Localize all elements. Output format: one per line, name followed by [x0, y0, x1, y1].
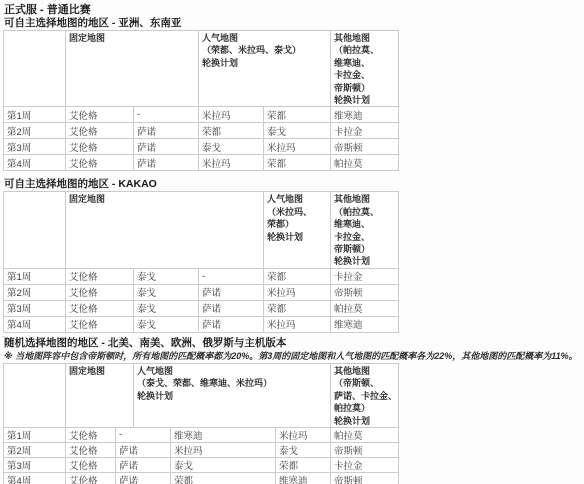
map-cell: 萨诺 — [134, 155, 199, 171]
map-cell: 荣都 — [264, 107, 331, 123]
week-label: 第3周 — [4, 300, 66, 316]
header-other-maps: 其他地图 （帕拉莫、 维寒迪、 卡拉金、 帝斯顿） 轮换计划 — [331, 31, 399, 107]
header-fixed-maps: 固定地图 — [66, 192, 264, 268]
map-cell: - — [116, 427, 171, 442]
map-cell: 米拉玛 — [264, 139, 331, 155]
map-cell: 泰戈 — [264, 123, 331, 139]
map-cell: 卡拉金 — [331, 123, 399, 139]
map-cell: 荣都 — [171, 472, 276, 484]
map-cell: 维寒迪 — [171, 427, 276, 442]
map-cell: 萨诺 — [199, 300, 264, 316]
table-row: 第4周 艾伦格 萨诺 米拉玛 荣都 帕拉莫 — [4, 155, 399, 171]
map-cell: 维寒迪 — [331, 316, 399, 332]
map-cell: 卡拉金 — [331, 457, 399, 472]
header-fixed-maps: 固定地图 — [66, 363, 134, 427]
map-cell: 荣都 — [264, 268, 331, 284]
map-cell: 泰戈 — [134, 300, 199, 316]
map-cell: 帝斯顿 — [331, 139, 399, 155]
header-fixed-maps: 固定地图 — [66, 31, 199, 107]
week-label: 第1周 — [4, 427, 66, 442]
map-cell: 米拉玛 — [171, 442, 276, 457]
map-cell: 泰戈 — [134, 316, 199, 332]
map-cell: 荣都 — [264, 300, 331, 316]
map-cell: 帕拉莫 — [331, 300, 399, 316]
table-row: 第2周 艾伦格 萨诺 荣都 泰戈 卡拉金 — [4, 123, 399, 139]
map-cell: 帕拉莫 — [331, 427, 399, 442]
map-cell: 艾伦格 — [66, 316, 134, 332]
map-cell: 泰戈 — [171, 457, 276, 472]
section-heading-asia: 可自主选择地图的地区 - 亚洲、东南亚 — [0, 17, 584, 30]
section-note: ※ 当地图阵容中包含帝斯顿时，所有地图的匹配概率都为20%。第3周的固定地图和人… — [0, 350, 584, 363]
week-label: 第2周 — [4, 284, 66, 300]
week-label: 第1周 — [4, 107, 66, 123]
map-cell: 米拉玛 — [199, 107, 264, 123]
map-cell: 萨诺 — [199, 316, 264, 332]
table-header-row: 固定地图 人气地图 （荣都、米拉玛、泰戈） 轮换计划 其他地图 （帕拉莫、 维寒… — [4, 31, 399, 107]
week-label: 第2周 — [4, 123, 66, 139]
map-cell: 维寒迪 — [276, 472, 331, 484]
header-popular-maps: 人气地图 （荣都、米拉玛、泰戈） 轮换计划 — [199, 31, 331, 107]
map-cell: 泰戈 — [134, 268, 199, 284]
map-cell: 萨诺 — [134, 139, 199, 155]
map-cell: 萨诺 — [134, 123, 199, 139]
table-row: 第3周 艾伦格 萨诺 泰戈 米拉玛 帝斯顿 — [4, 139, 399, 155]
map-cell: - — [199, 268, 264, 284]
map-cell: 米拉玛 — [199, 155, 264, 171]
map-cell: 艾伦格 — [66, 442, 116, 457]
map-cell: 艾伦格 — [66, 123, 134, 139]
table-header-row: 固定地图 人气地图 （米拉玛、 荣都） 轮换计划 其他地图 （帕拉莫、 维寒迪、… — [4, 192, 399, 268]
map-cell: 艾伦格 — [66, 472, 116, 484]
table-row: 第3周 艾伦格 萨诺 泰戈 荣都 卡拉金 — [4, 457, 399, 472]
map-cell: 艾伦格 — [66, 268, 134, 284]
map-cell: 米拉玛 — [276, 427, 331, 442]
table-row: 第1周 艾伦格 - 米拉玛 荣都 维寒迪 — [4, 107, 399, 123]
map-cell: 萨诺 — [116, 442, 171, 457]
table-row: 第2周 艾伦格 泰戈 萨诺 米拉玛 帝斯顿 — [4, 284, 399, 300]
map-cell: 荣都 — [264, 155, 331, 171]
rotation-table-random: 固定地图 人气地图 （泰戈、荣都、维寒迪、米拉玛） 轮换计划 其他地图 （帝斯顿… — [3, 363, 399, 484]
map-cell: 萨诺 — [116, 457, 171, 472]
map-cell: 帝斯顿 — [331, 442, 399, 457]
header-week-cell — [4, 363, 66, 427]
header-other-maps: 其他地图 （帝斯顿、 萨诺、卡拉金、 帕拉莫） 轮换计划 — [331, 363, 399, 427]
map-cell: 帝斯顿 — [331, 284, 399, 300]
rotation-table-kakao: 固定地图 人气地图 （米拉玛、 荣都） 轮换计划 其他地图 （帕拉莫、 维寒迪、… — [3, 191, 399, 332]
map-cell: 艾伦格 — [66, 284, 134, 300]
map-cell: 米拉玛 — [264, 316, 331, 332]
map-cell: 维寒迪 — [331, 107, 399, 123]
table-row: 第1周 艾伦格 - 维寒迪 米拉玛 帕拉莫 — [4, 427, 399, 442]
map-cell: 泰戈 — [134, 284, 199, 300]
section-heading-random: 随机选择地图的地区 - 北美、南美、欧洲、俄罗斯与主机版本 — [0, 337, 584, 350]
map-cell: 萨诺 — [116, 472, 171, 484]
map-cell: 荣都 — [276, 457, 331, 472]
week-label: 第4周 — [4, 155, 66, 171]
header-popular-maps: 人气地图 （米拉玛、 荣都） 轮换计划 — [264, 192, 331, 268]
map-cell: 泰戈 — [276, 442, 331, 457]
header-week-cell — [4, 192, 66, 268]
map-cell: 泰戈 — [199, 139, 264, 155]
map-cell: - — [134, 107, 199, 123]
section-heading-kakao: 可自主选择地图的地区 - KAKAO — [0, 178, 584, 191]
header-week-cell — [4, 31, 66, 107]
map-cell: 米拉玛 — [264, 284, 331, 300]
header-popular-maps: 人气地图 （泰戈、荣都、维寒迪、米拉玛） 轮换计划 — [134, 363, 331, 427]
week-label: 第3周 — [4, 139, 66, 155]
table-row: 第3周 艾伦格 泰戈 萨诺 荣都 帕拉莫 — [4, 300, 399, 316]
map-cell: 艾伦格 — [66, 300, 134, 316]
map-cell: 帝斯顿 — [331, 472, 399, 484]
map-cell: 艾伦格 — [66, 457, 116, 472]
map-cell: 萨诺 — [199, 284, 264, 300]
map-cell: 艾伦格 — [66, 155, 134, 171]
week-label: 第2周 — [4, 442, 66, 457]
rotation-table-asia: 固定地图 人气地图 （荣都、米拉玛、泰戈） 轮换计划 其他地图 （帕拉莫、 维寒… — [3, 30, 399, 171]
table-header-row: 固定地图 人气地图 （泰戈、荣都、维寒迪、米拉玛） 轮换计划 其他地图 （帝斯顿… — [4, 363, 399, 427]
map-cell: 荣都 — [199, 123, 264, 139]
table-row: 第2周 艾伦格 萨诺 米拉玛 泰戈 帝斯顿 — [4, 442, 399, 457]
week-label: 第1周 — [4, 268, 66, 284]
map-cell: 艾伦格 — [66, 107, 134, 123]
week-label: 第4周 — [4, 316, 66, 332]
header-other-maps: 其他地图 （帕拉莫、 维寒迪、 卡拉金、 帝斯顿） 轮换计划 — [331, 192, 399, 268]
map-cell: 艾伦格 — [66, 427, 116, 442]
table-row: 第1周 艾伦格 泰戈 - 荣都 卡拉金 — [4, 268, 399, 284]
map-cell: 帕拉莫 — [331, 155, 399, 171]
week-label: 第3周 — [4, 457, 66, 472]
table-row: 第4周 艾伦格 萨诺 荣都 维寒迪 帝斯顿 — [4, 472, 399, 484]
map-cell: 艾伦格 — [66, 139, 134, 155]
week-label: 第4周 — [4, 472, 66, 484]
page-title: 正式服 - 普通比赛 — [0, 0, 584, 17]
table-row: 第4周 艾伦格 泰戈 萨诺 米拉玛 维寒迪 — [4, 316, 399, 332]
map-cell: 卡拉金 — [331, 268, 399, 284]
